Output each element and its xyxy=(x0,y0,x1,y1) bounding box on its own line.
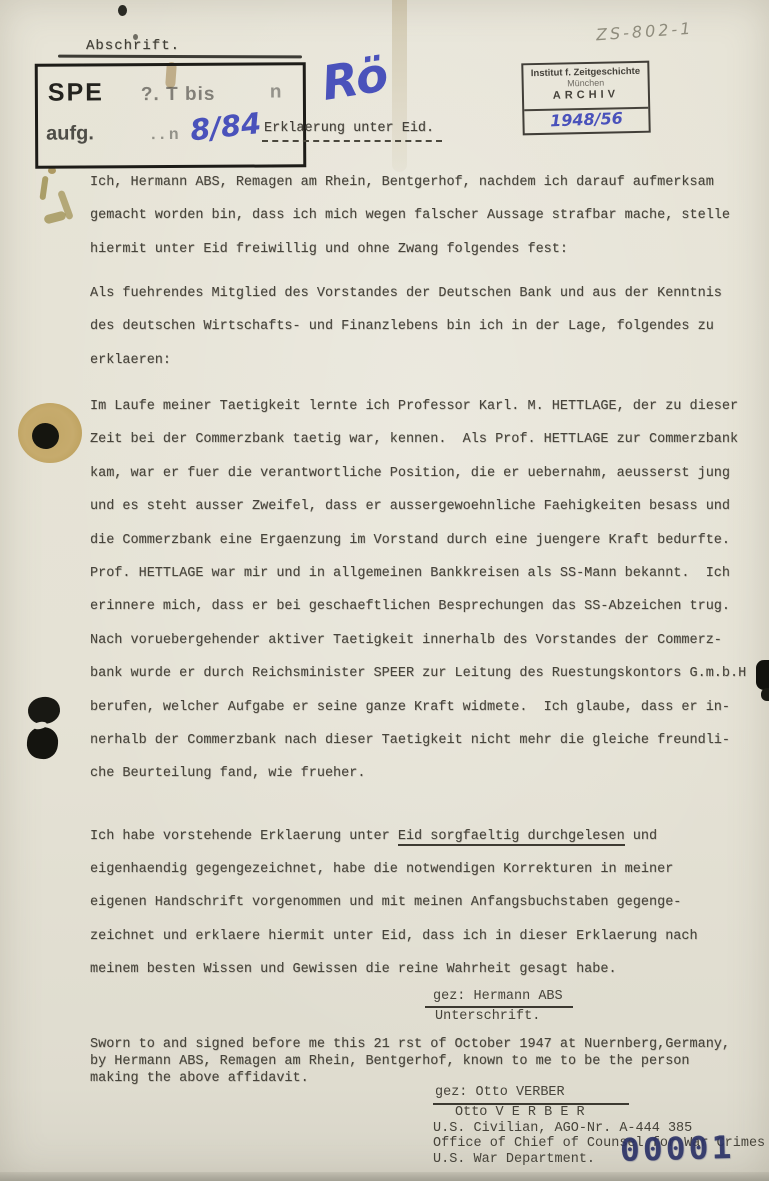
signature-block-german: gez: Hermann ABS Unterschrift. xyxy=(425,986,573,1024)
glue-smudge xyxy=(39,176,48,201)
restriction-stamp-faint-text: . . n xyxy=(151,126,179,144)
ink-blot xyxy=(25,725,59,760)
paragraph-oath-intro: Ich, Hermann ABS, Remagen am Rhein, Bent… xyxy=(90,166,730,266)
right-edge-ink-mark xyxy=(761,688,769,701)
signature-name-typed: Otto V E R B E R xyxy=(433,1105,765,1121)
glue-smudge xyxy=(43,210,67,224)
restriction-stamp-text: SPE xyxy=(48,78,104,107)
signature-gez-hermann-abs: gez: Hermann ABS xyxy=(425,989,573,1008)
archive-stamp-archiv: ARCHIV xyxy=(524,88,648,103)
paragraph-closing: Ich habe vorstehende Erklaerung unter Ei… xyxy=(90,820,657,853)
restriction-stamp-text: aufg. xyxy=(46,122,94,145)
paragraph-closing-rest: eigenhaendig gegengezeichnet, habe die n… xyxy=(90,853,698,987)
signature-gez-otto-verber: gez: Otto VERBER xyxy=(433,1085,629,1105)
right-edge-ink-mark xyxy=(756,660,769,690)
closing-underlined-phrase: Eid sorgfaeltig durchgelesen xyxy=(398,829,625,846)
jurat-paragraph: Sworn to and signed before me this 21 rs… xyxy=(90,1036,730,1087)
paper-stain-streak xyxy=(392,0,407,172)
handwritten-date: 8/84 xyxy=(188,106,262,148)
page-number-stamp: 00001 xyxy=(620,1128,735,1168)
document-scan-page: Abschrift. SPE ?. T bis n aufg. . . n 8/… xyxy=(0,0,769,1181)
document-title: Erklaerung unter Eid. xyxy=(262,121,442,142)
closing-prefix: Ich habe vorstehende Erklaerung unter xyxy=(90,829,398,844)
copy-label-underline xyxy=(58,55,302,59)
archive-stamp-number: 1948/56 xyxy=(524,108,649,132)
closing-suffix: und xyxy=(625,829,657,844)
archive-stamp-text: Institut f. Zeitgeschichte München ARCHI… xyxy=(523,66,648,103)
paragraph-statement: Im Laufe meiner Taetigkeit lernte ich Pr… xyxy=(90,390,746,791)
restriction-stamp-faint-text: ?. T bis xyxy=(141,84,216,106)
restriction-stamp-faint-text: n xyxy=(270,81,282,103)
signature-caption: Unterschrift. xyxy=(425,1009,573,1024)
archive-stamp: Institut f. Zeitgeschichte München ARCHI… xyxy=(521,61,650,136)
copy-label: Abschrift. xyxy=(86,38,180,54)
page-bottom-edge xyxy=(0,1172,769,1181)
restriction-stamp-box: SPE ?. T bis n aufg. . . n 8/84 xyxy=(35,62,307,168)
paragraph-qualification: Als fuehrendes Mitglied des Vorstandes d… xyxy=(90,277,722,377)
handwritten-initials: Rö xyxy=(318,47,392,112)
ink-speck xyxy=(118,5,127,16)
pencil-reference-number: ZS-802-1 xyxy=(595,19,693,45)
